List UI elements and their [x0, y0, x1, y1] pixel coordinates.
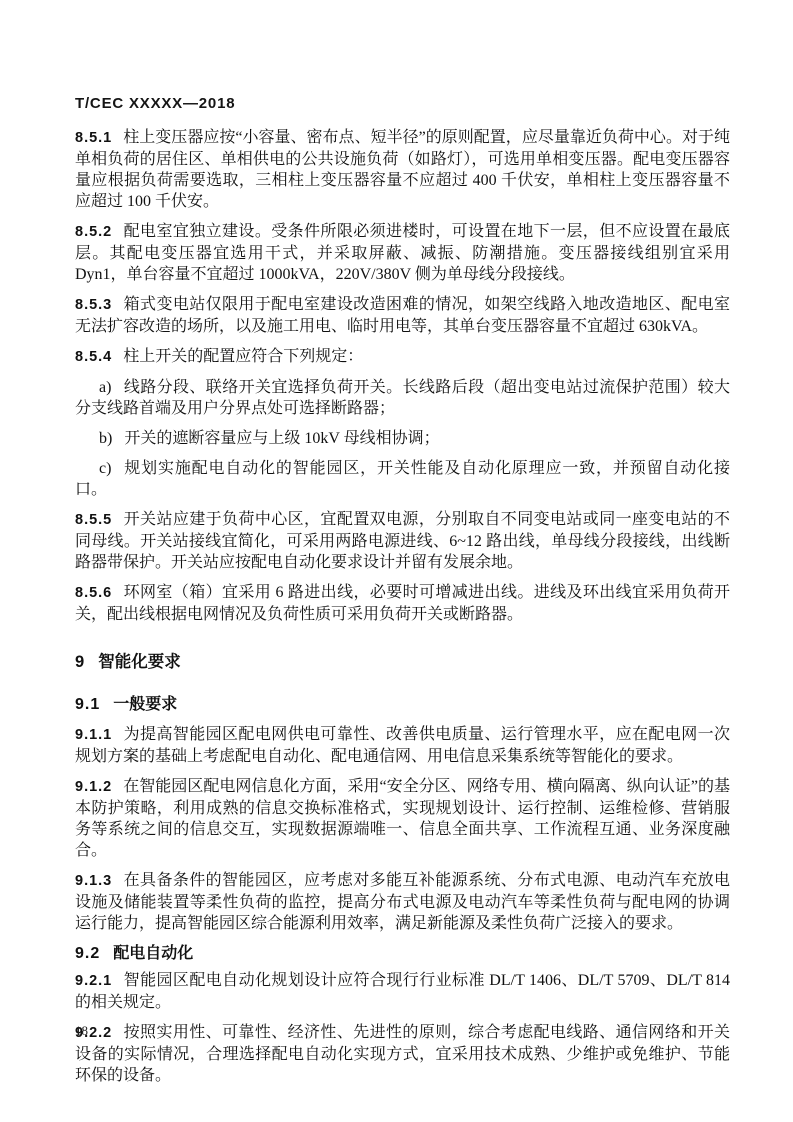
section-title: 智能化要求 — [98, 653, 181, 671]
list-text: 规划实施配电自动化的智能园区，开关性能及自动化原理应一致，并预留自动化接口。 — [75, 460, 730, 498]
section-9-heading: 9智能化要求 — [75, 651, 730, 673]
clause-text: 按照实用性、可靠性、经济性、先进性的原则，综合考虑配电线路、通信网络和开关设备的… — [75, 1024, 730, 1084]
list-label: c) — [99, 460, 111, 477]
clause-number: 8.5.5 — [75, 512, 112, 528]
list-item-c: c)规划实施配电自动化的智能园区，开关性能及自动化原理应一致，并预留自动化接口。 — [75, 458, 730, 500]
list-text: 线路分段、联络开关宜选择负荷开关。长线路后段（超出变电站过流保护范围）较大分支线… — [75, 379, 730, 417]
clause-9-2-1: 9.2.1智能园区配电自动化规划设计应符合现行行业标准 DL/T 1406、DL… — [75, 970, 730, 1013]
document-page: T/CEC XXXXX—2018 8.5.1柱上变压器应按“小容量、密布点、短半… — [0, 0, 793, 1122]
section-number: 9 — [75, 653, 85, 671]
clause-text: 智能园区配电自动化规划设计应符合现行行业标准 DL/T 1406、DL/T 57… — [75, 972, 730, 1011]
list-item-a: a)线路分段、联络开关宜选择负荷开关。长线路后段（超出变电站过流保护范围）较大分… — [75, 377, 730, 419]
list-label: a) — [99, 379, 111, 396]
clause-8-5-4: 8.5.4柱上开关的配置应符合下列规定： — [75, 346, 730, 368]
clause-number: 9.2.1 — [75, 973, 112, 989]
clause-text: 环网室（箱）宜采用 6 路进出线，必要时可增减进出线。进线及环出线宜采用负荷开关… — [75, 584, 730, 623]
clause-8-5-3: 8.5.3箱式变电站仅限用于配电室建设改造困难的情况，如架空线路入地改造地区、配… — [75, 294, 730, 337]
clause-text: 在智能园区配电网信息化方面，采用“安全分区、网络专用、横向隔离、纵向认证”的基本… — [75, 778, 730, 859]
clause-number: 9.1.1 — [75, 727, 112, 743]
clause-9-1-1: 9.1.1为提高智能园区配电网供电可靠性、改善供电质量、运行管理水平，应在配电网… — [75, 724, 730, 767]
list-item-b: b)开关的遮断容量应与上级 10kV 母线相协调； — [75, 428, 730, 449]
clause-9-2-2: 9.2.2按照实用性、可靠性、经济性、先进性的原则，综合考虑配电线路、通信网络和… — [75, 1022, 730, 1086]
clause-8-5-5: 8.5.5开关站应建于负荷中心区，宜配置双电源，分别取自不同变电站或同一座变电站… — [75, 509, 730, 573]
section-9-1-heading: 9.1一般要求 — [75, 694, 730, 715]
clause-9-1-2: 9.1.2在智能园区配电网信息化方面，采用“安全分区、网络专用、横向隔离、纵向认… — [75, 776, 730, 861]
clause-text: 柱上变压器应按“小容量、密布点、短半径”的原则配置，应尽量靠近负荷中心。对于纯单… — [75, 129, 730, 210]
clause-text: 配电室宜独立建设。受条件所限必须进楼时，可设置在地下一层，但不应设置在最底层。其… — [75, 223, 730, 283]
clause-text: 开关站应建于负荷中心区，宜配置双电源，分别取自不同变电站或同一座变电站的不同母线… — [75, 511, 730, 571]
clause-number: 9.1.2 — [75, 779, 112, 795]
section-9-2-heading: 9.2配电自动化 — [75, 943, 730, 964]
clause-number: 8.5.6 — [75, 585, 112, 601]
page-number: 18 — [75, 1023, 88, 1039]
clause-number: 8.5.1 — [75, 130, 112, 146]
list-label: b) — [99, 430, 112, 447]
list-text: 开关的遮断容量应与上级 10kV 母线相协调； — [124, 430, 439, 447]
clause-number: 8.5.4 — [75, 349, 112, 365]
clause-number: 8.5.2 — [75, 224, 112, 240]
section-title: 配电自动化 — [113, 945, 193, 962]
section-number: 9.1 — [75, 696, 100, 713]
document-body: T/CEC XXXXX—2018 8.5.1柱上变压器应按“小容量、密布点、短半… — [75, 95, 730, 1095]
clause-text: 柱上开关的配置应符合下列规定： — [123, 348, 363, 365]
clause-8-5-2: 8.5.2配电室宜独立建设。受条件所限必须进楼时，可设置在地下一层，但不应设置在… — [75, 221, 730, 285]
clause-text: 为提高智能园区配电网供电可靠性、改善供电质量、运行管理水平，应在配电网一次规划方… — [75, 726, 730, 765]
clause-text: 箱式变电站仅限用于配电室建设改造困难的情况，如架空线路入地改造地区、配电室无法扩… — [75, 296, 730, 335]
section-title: 一般要求 — [113, 696, 177, 713]
clause-text: 在具备条件的智能园区，应考虑对多能互补能源系统、分布式电源、电动汽车充放电设施及… — [75, 872, 730, 932]
clause-number: 9.1.3 — [75, 873, 112, 889]
clause-8-5-6: 8.5.6环网室（箱）宜采用 6 路进出线，必要时可增减进出线。进线及环出线宜采… — [75, 582, 730, 625]
section-number: 9.2 — [75, 945, 100, 962]
running-header-doc-code: T/CEC XXXXX—2018 — [75, 95, 730, 112]
clause-number: 8.5.3 — [75, 297, 112, 313]
clause-8-5-1: 8.5.1柱上变压器应按“小容量、密布点、短半径”的原则配置，应尽量靠近负荷中心… — [75, 127, 730, 212]
clause-9-1-3: 9.1.3在具备条件的智能园区，应考虑对多能互补能源系统、分布式电源、电动汽车充… — [75, 870, 730, 934]
